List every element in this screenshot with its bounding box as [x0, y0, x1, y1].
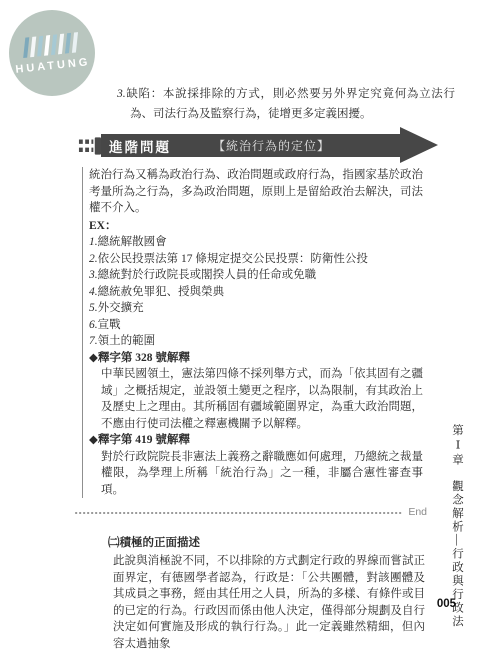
section-two-body: 此說與消極說不同，不以排除的方式劃定行政的界線而嘗試正面界定，有德國學者認為，行… [113, 553, 425, 652]
book-page: HUATUNG 3.缺陷：本說採排除的方式，則必然要另外界定究竟何為立法行為、司… [0, 0, 481, 652]
brand-name: HUATUNG [15, 56, 91, 76]
item-number: 6. [89, 319, 98, 331]
page-number: 005 [437, 598, 456, 610]
chapter-label: 第Ⅰ章 [451, 424, 463, 467]
list-item: 2.依公民投票法第 17 條規定提交公民投票：防衛性公投 [89, 251, 434, 268]
interpretation-419-body: 對於行政院院長非憲法上義務之辭職應如何處理，乃總統之裁量權限，為學理上所稱「統治… [101, 449, 423, 499]
item-text: 總統解散國會 [98, 236, 167, 248]
banner-title: 進階問題 [109, 136, 171, 156]
item-text: 宣戰 [98, 319, 121, 331]
intro-item-text: 缺陷：本說採排除的方式，則必然要另外界定究竟何為立法行為、司法行為及監察行為，徒… [126, 88, 455, 120]
section-marker-icon [78, 137, 101, 155]
item-number: 5. [89, 302, 98, 314]
governance-panel: 統治行為又稱為政治行為、政治問題或政府行為，指國家基於政治考量所為之行為，多為政… [82, 167, 434, 498]
sidebar-gap [457, 467, 458, 480]
list-item: 7.領土的範圍 [89, 333, 434, 350]
item-text: 總統赦免罪犯、授與榮典 [98, 286, 225, 298]
section-two-heading: ㈡積極的正面描述 [108, 535, 426, 552]
list-item: 1.總統解散國會 [89, 234, 434, 251]
item-text: 依公民投票法第 17 條規定提交公民投票：防衛性公投 [98, 253, 368, 265]
panel-paragraph: 統治行為又稱為政治行為、政治問題或政府行為，指國家基於政治考量所為之行為，多為政… [89, 167, 423, 217]
item-number: 1. [89, 236, 98, 248]
item-number: 7. [89, 335, 98, 347]
brand-logo: HUATUNG [9, 10, 95, 96]
banner-subtitle: 【統治行為的定位】 [213, 137, 330, 154]
example-label: EX： [89, 218, 434, 235]
main-content: 統治行為又稱為政治行為、政治問題或政府行為，指國家基於政治考量所為之行為，多為政… [82, 167, 434, 652]
item-text: 總統對於行政院長或閣揆人員的任命或免職 [98, 269, 317, 281]
end-divider: End [75, 504, 427, 521]
intro-list-item: 3.缺陷：本說採排除的方式，則必然要另外界定究竟何為立法行為、司法行為及監察行為… [117, 84, 455, 124]
item-number: 2. [89, 253, 98, 265]
item-text: 外交擴充 [98, 302, 144, 314]
end-label: End [408, 504, 427, 521]
dotted-rule [75, 511, 403, 514]
list-item: 4.總統赦免罪犯、授與榮典 [89, 284, 434, 301]
brand-logo-inner: HUATUNG [13, 31, 92, 76]
advanced-topic-banner: 進階問題 【統治行為的定位】 [0, 127, 481, 163]
item-text: 領土的範圍 [98, 335, 156, 347]
banner-bar: 進階問題 【統治行為的定位】 [101, 134, 400, 157]
item-number: 3. [89, 269, 98, 281]
banner-arrow-icon [400, 127, 438, 163]
interpretation-419-heading: ◆釋字第 419 號解釋 [89, 432, 434, 449]
interpretation-328-heading: ◆釋字第 328 號解釋 [89, 350, 434, 367]
section-two: ㈡積極的正面描述 此說與消極說不同，不以排除的方式劃定行政的界線而嘗試正面界定，… [82, 535, 426, 652]
example-list: 1.總統解散國會 2.依公民投票法第 17 條規定提交公民投票：防衛性公投 3.… [89, 234, 434, 350]
logo-bars-icon [24, 32, 79, 57]
item-number: 4. [89, 286, 98, 298]
interpretation-328-body: 中華民國領土，憲法第四條不採列舉方式，而為「依其固有之疆域」之概括規定，並設領土… [101, 366, 423, 432]
intro-item-number: 3. [117, 88, 126, 100]
list-item: 6.宣戰 [89, 317, 434, 334]
list-item: 5.外交擴充 [89, 300, 434, 317]
list-item: 3.總統對於行政院長或閣揆人員的任命或免職 [89, 267, 434, 284]
